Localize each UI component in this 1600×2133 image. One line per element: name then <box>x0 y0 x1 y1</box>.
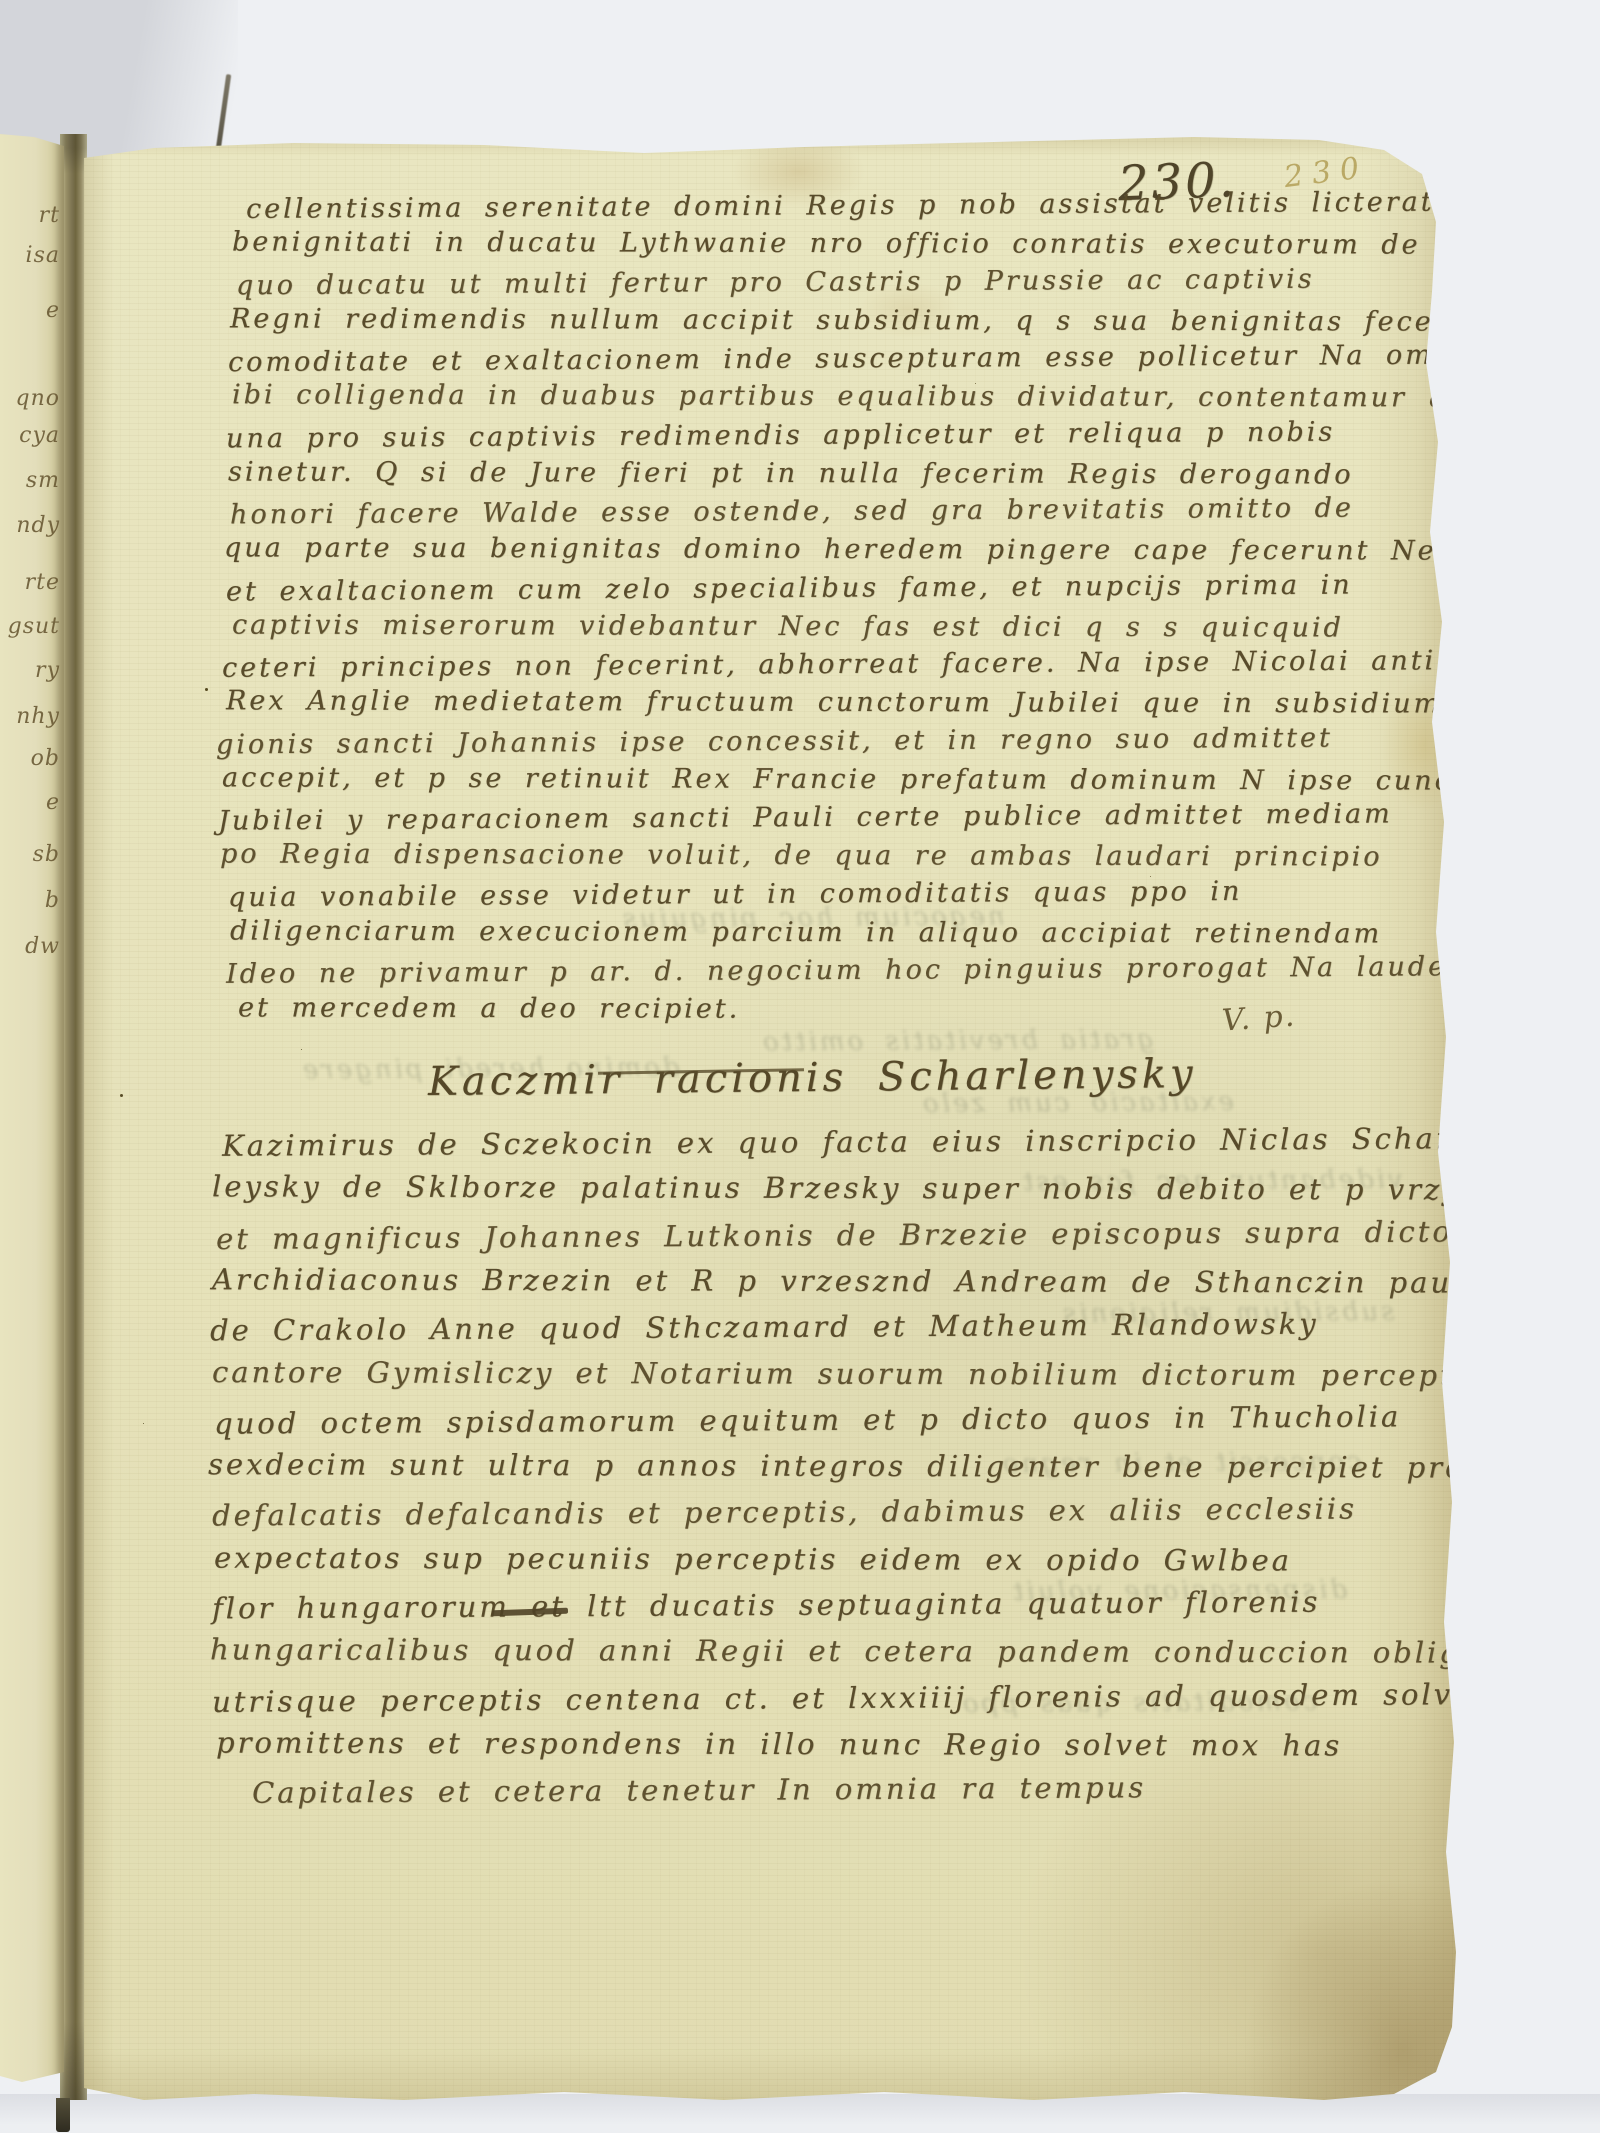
margin-fragment: rt <box>39 205 60 227</box>
binding-gutter-bottom-tip <box>56 2098 70 2132</box>
text-block-2: Kazimirus de Sczekocin ex quo facta eius… <box>212 1128 1332 1828</box>
margin-fragment: dw <box>25 936 60 958</box>
margin-fragment: qno <box>16 388 61 410</box>
backdrop-shadow-bottom <box>0 2094 1600 2133</box>
text-line: sinetur. Q si de Jure fieri pt in nulla … <box>228 459 1354 489</box>
text-line: expectatos sup pecuniis perceptis eidem … <box>214 1544 1292 1576</box>
text-line: flor hungarorum et ltt ducatis septuagin… <box>212 1588 1320 1624</box>
text-line: utrisque perceptis centena ct. et lxxxii… <box>212 1680 1465 1717</box>
entry-heading: Kaczmir racionis Scharlenysky <box>428 1054 1197 1102</box>
text-line: Rex Anglie medietatem fructuum cunctorum… <box>226 687 1528 717</box>
scanned-manuscript-spread: rt isa e qno cya sm ndy rte gsut ry nhy … <box>0 0 1600 2133</box>
text-line: de Crakolo Anne quod Sthczamard et Mathe… <box>210 1310 1319 1346</box>
text-line: Archidiaconus Brzezin et R p vrzesznd An… <box>212 1265 1517 1297</box>
margin-fragment: sm <box>26 470 60 492</box>
text-line: quia vonabile esse videtur ut in comodit… <box>228 878 1242 911</box>
margin-fragment: ob <box>31 748 60 770</box>
manuscript-page: negocium hoc pinguius gratia brevitatis … <box>84 132 1458 2110</box>
margin-fragment: gsut <box>8 616 60 638</box>
facing-page-edge: rt isa e qno cya sm ndy rte gsut ry nhy … <box>0 128 64 2090</box>
text-line: defalcatis defalcandis et perceptis, dab… <box>212 1495 1357 1531</box>
text-line: et exaltacionem cum zelo specialibus fam… <box>226 572 1353 606</box>
text-line: accepit, et p se retinuit Rex Francie pr… <box>222 764 1495 794</box>
margin-fragment: b <box>45 890 60 912</box>
book-binding-gutter <box>60 134 87 2100</box>
margin-fragment: nhy <box>16 706 60 728</box>
text-block-1: cellentissima serenitate domini Regis p … <box>232 192 1312 1032</box>
margin-fragment: e <box>46 792 60 814</box>
text-line: captivis miserorum videbantur Nec fas es… <box>232 612 1344 642</box>
margin-fragment: sb <box>33 844 60 866</box>
text-line: Capitales et cetera tenetur In omnia ra … <box>252 1773 1146 1807</box>
text-line: cellentissima serenitate domini Regis p … <box>246 188 1512 223</box>
text-line: comoditate et exaltacionem inde susceptu… <box>228 341 1562 376</box>
text-line: et mercedem a deo recipiet. <box>238 994 740 1022</box>
text-line: gionis sancti Johannis ipse concessit, e… <box>216 725 1333 759</box>
margin-fragment: ndy <box>16 515 60 537</box>
text-line: ibi colligenda in duabus partibus equali… <box>232 381 1552 411</box>
text-line: una pro suis captivis redimendis applice… <box>226 419 1335 453</box>
text-line: cantore Gymisliczy et Notarium suorum no… <box>212 1358 1600 1391</box>
text-line: honori facere Walde esse ostende, sed gr… <box>230 495 1354 529</box>
text-line: sexdecim sunt ultra p annos integros dil… <box>208 1450 1587 1483</box>
text-line: diligenciarum execucionem parcium in ali… <box>230 917 1382 947</box>
margin-fragment: ry <box>35 660 60 682</box>
margin-fragment: cya <box>19 425 60 447</box>
text-line: Jubilei y reparacionem sancti Pauli cert… <box>218 800 1393 834</box>
text-line: promittens et respondens in illo nunc Re… <box>216 1729 1342 1761</box>
text-line: hungaricalibus quod anni Regii et cetera… <box>210 1635 1508 1667</box>
text-line: Kazimirus de Sczekocin ex quo facta eius… <box>222 1124 1453 1161</box>
text-line: et magnificus Johannes Lutkonis de Brzez… <box>216 1217 1522 1254</box>
margin-fragment: isa <box>26 245 60 267</box>
text-line: benignitati in ducatu Lythwanie nro offi… <box>232 228 1421 258</box>
text-line: qua parte sua benignitas domino heredem … <box>224 534 1493 564</box>
text-line: quod octem spisdamorum equitum et p dict… <box>214 1402 1401 1438</box>
text-line: po Regia dispensacione voluit, de qua re… <box>220 840 1383 870</box>
text-line: quo ducatu ut multi fertur pro Castris p… <box>236 266 1315 300</box>
margin-fragment: rte <box>25 572 60 594</box>
verso-mark: V. p. <box>1221 1001 1297 1036</box>
text-line: Ideo ne privamur p ar. d. negocium hoc p… <box>226 953 1447 987</box>
text-line: Regni redimendis nullum accipit subsidiu… <box>230 305 1475 335</box>
text-line: leysky de Sklborze palatinus Brzesky sup… <box>212 1172 1512 1204</box>
margin-fragment: e <box>46 300 60 322</box>
text-line: ceteri principes non fecerint, abhorreat… <box>222 647 1436 681</box>
